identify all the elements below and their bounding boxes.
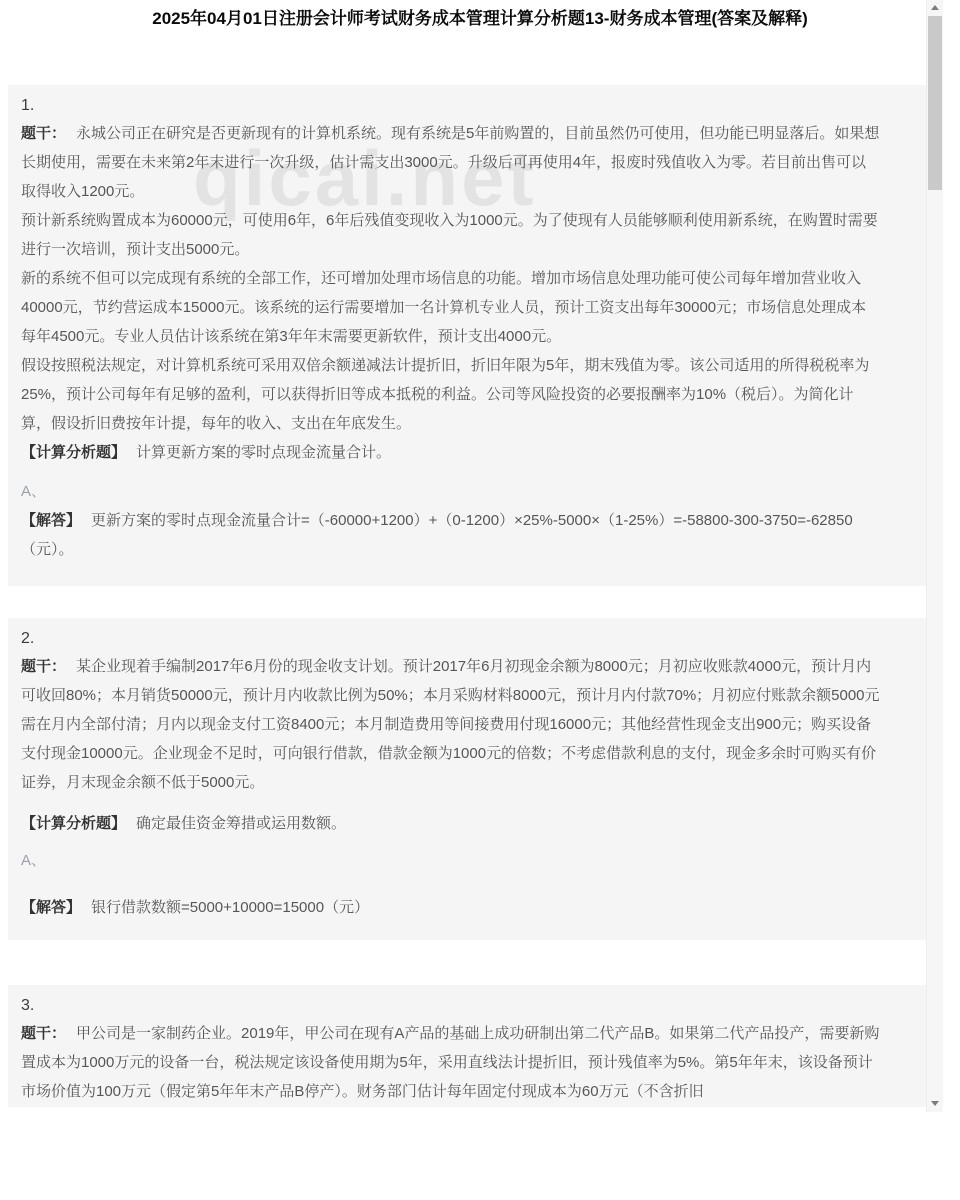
question-3-block: 3. 题干：甲公司是一家制药企业。2019年，甲公司在现有A产品的基础上成功研制… — [8, 985, 935, 1107]
document-content: qicai.net 1. 题干：永城公司正在研究是否更新现有的计算机系统。现有系… — [0, 85, 960, 1107]
stem-text: 甲公司是一家制药企业。2019年，甲公司在现有A产品的基础上成功研制出第二代产品… — [21, 1025, 879, 1100]
question-2-stem-paragraph: 题干：某企业现着手编制2017年6月份的现金收支计划。预计2017年6月初现金余… — [21, 652, 880, 797]
stem-label: 题干： — [21, 1025, 66, 1042]
stem-text: 永城公司正在研究是否更新现有的计算机系统。现有系统是5年前购置的，目前虽然仍可使… — [21, 125, 879, 200]
answer-text: 更新方案的零时点现金流量合计=（-60000+1200）+（0-1200）×25… — [21, 512, 853, 558]
question-1-answer-line: 【解答】更新方案的零时点现金流量合计=（-60000+1200）+（0-1200… — [21, 506, 880, 564]
question-2-number: 2. — [21, 626, 880, 652]
scroll-up-button[interactable] — [927, 0, 943, 15]
question-2-task-line: 【计算分析题】确定最佳资金筹措或运用数额。 — [21, 809, 880, 838]
arrow-down-icon — [931, 1101, 939, 1106]
answer-label: 【解答】 — [21, 512, 81, 529]
scroll-down-button[interactable] — [927, 1096, 943, 1111]
answer-label: 【解答】 — [21, 899, 81, 916]
scrollbar-thumb[interactable] — [928, 16, 942, 190]
question-1-task-line: 【计算分析题】计算更新方案的零时点现金流量合计。 — [21, 438, 880, 467]
question-1-block: qicai.net 1. 题干：永城公司正在研究是否更新现有的计算机系统。现有系… — [8, 85, 935, 586]
question-2-answer-line: 【解答】银行借款数额=5000+10000=15000（元） — [21, 893, 880, 922]
vertical-scrollbar[interactable] — [926, 0, 943, 1112]
answer-text: 银行借款数额=5000+10000=15000（元） — [91, 899, 369, 916]
stem-text: 某企业现着手编制2017年6月份的现金收支计划。预计2017年6月初现金余额为8… — [21, 658, 880, 791]
question-1-option-a: A、 — [21, 477, 880, 506]
task-type-label: 【计算分析题】 — [21, 815, 126, 832]
question-1-stem-paragraph: 预计新系统购置成本为60000元，可使用6年，6年后残值变现收入为1000元。为… — [21, 206, 880, 264]
question-1-number: 1. — [21, 93, 880, 119]
task-text: 确定最佳资金筹措或运用数额。 — [136, 815, 346, 832]
arrow-up-icon — [931, 5, 939, 10]
question-3-number: 3. — [21, 993, 880, 1019]
question-2-block: 2. 题干：某企业现着手编制2017年6月份的现金收支计划。预计2017年6月初… — [8, 618, 935, 940]
question-1-stem-paragraph: 新的系统不但可以完成现有系统的全部工作，还可增加处理市场信息的功能。增加市场信息… — [21, 264, 880, 351]
task-type-label: 【计算分析题】 — [21, 444, 126, 461]
question-2-option-a: A、 — [21, 846, 880, 875]
stem-label: 题干： — [21, 658, 66, 675]
stem-label: 题干： — [21, 125, 66, 142]
question-1-stem-paragraph: 题干：永城公司正在研究是否更新现有的计算机系统。现有系统是5年前购置的，目前虽然… — [21, 119, 880, 206]
question-1-stem-paragraph: 假设按照税法规定，对计算机系统可采用双倍余额递减法计提折旧，折旧年限为5年，期末… — [21, 351, 880, 438]
question-3-stem-paragraph: 题干：甲公司是一家制药企业。2019年，甲公司在现有A产品的基础上成功研制出第二… — [21, 1019, 880, 1106]
task-text: 计算更新方案的零时点现金流量合计。 — [136, 444, 391, 461]
page-title: 2025年04月01日注册会计师考试财务成本管理计算分析题13-财务成本管理(答… — [30, 8, 930, 30]
